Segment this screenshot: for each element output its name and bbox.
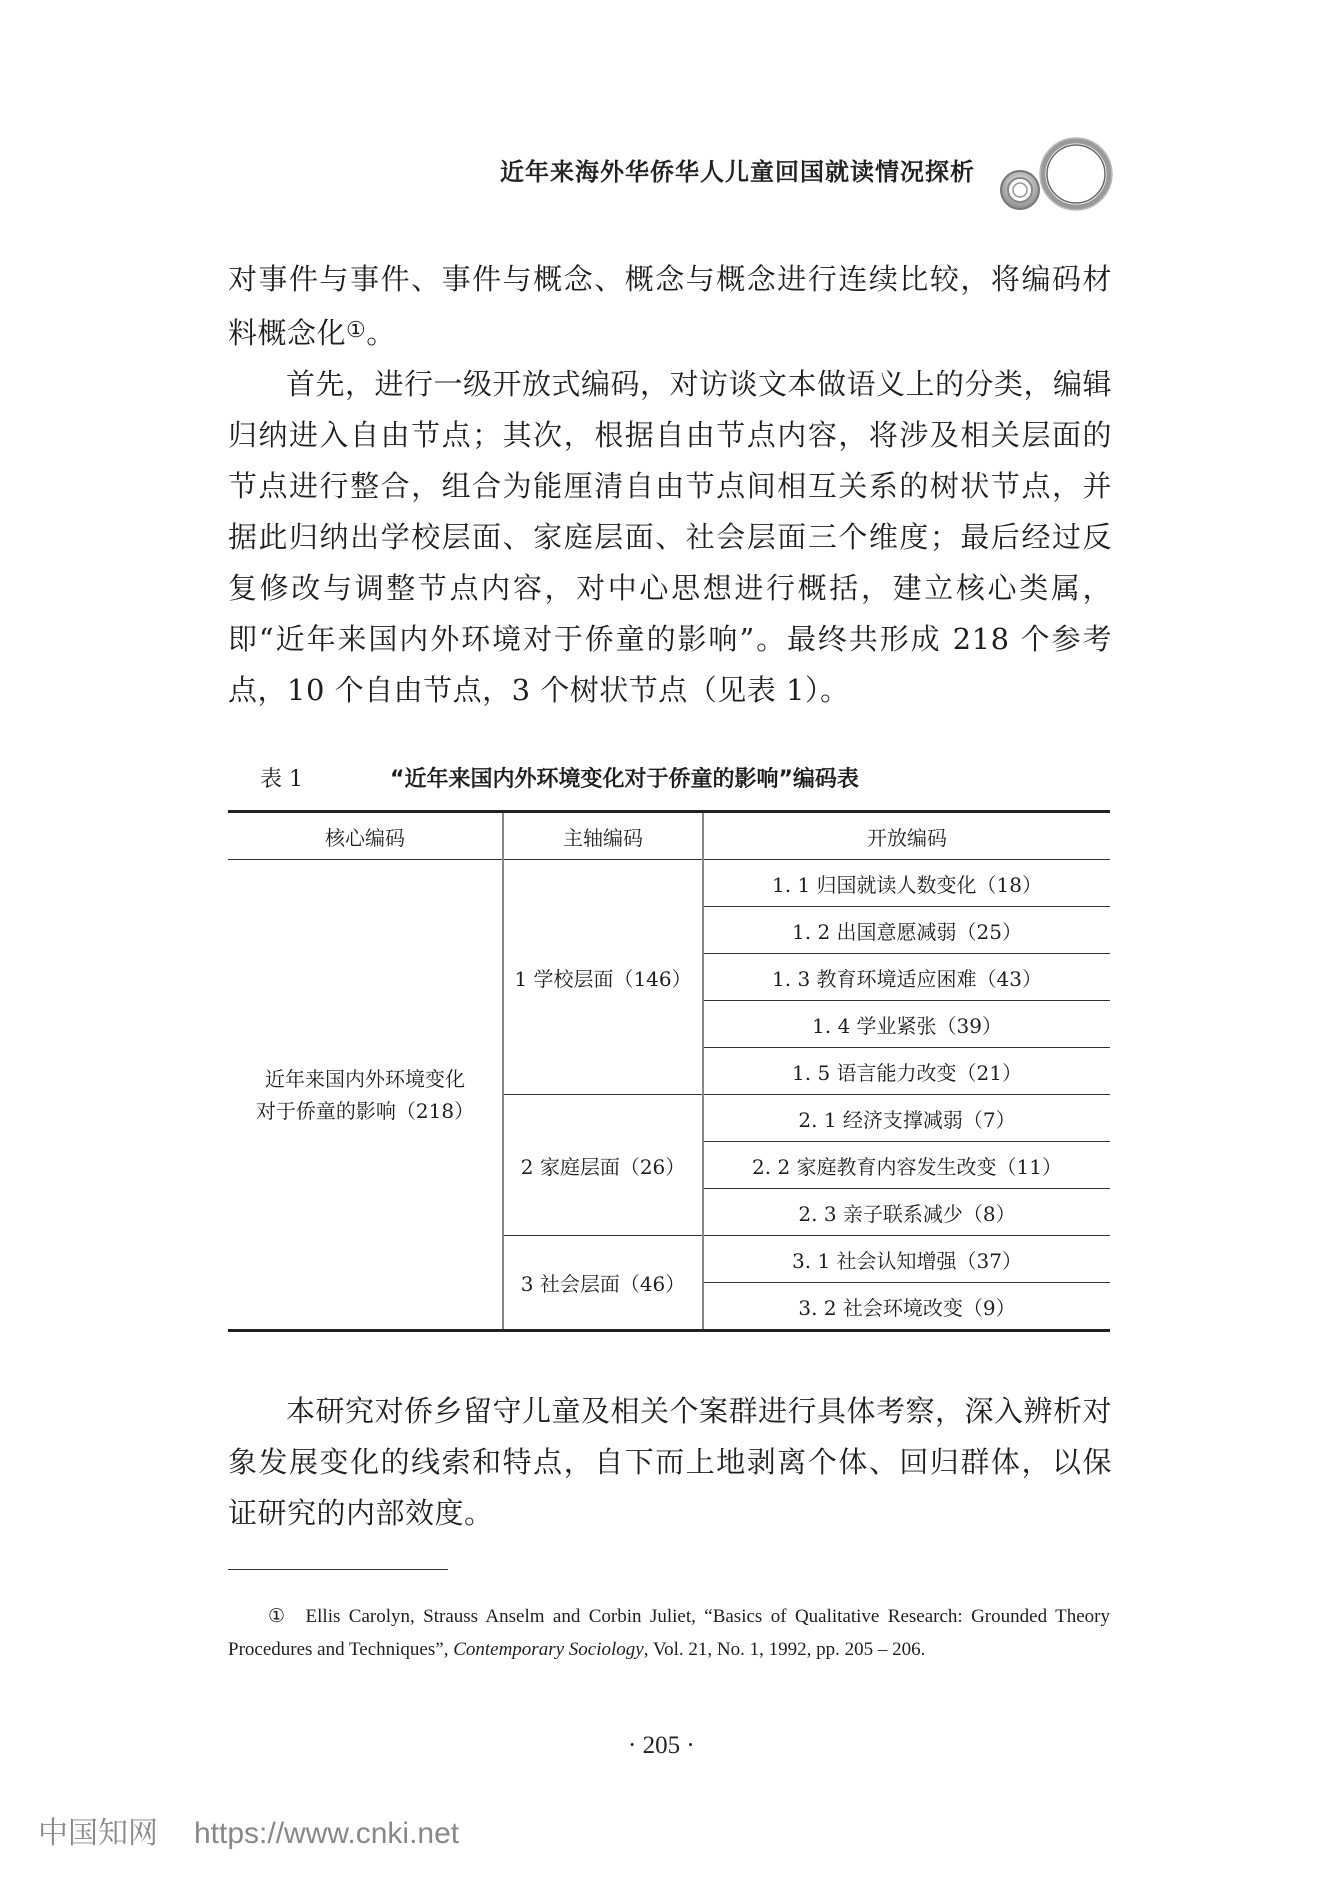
header-axis-code: 主轴编码: [503, 812, 703, 860]
header-open-code: 开放编码: [703, 812, 1110, 860]
watermark-url[interactable]: https://www.cnki.net: [194, 1817, 459, 1850]
double-ring-icon: [998, 136, 1118, 216]
header-core-code: 核心编码: [228, 812, 503, 860]
paragraph-3-block: 本研究对侨乡留守儿童及相关个案群进行具体考察，深入辨析对象发展变化的线索和特点，…: [228, 1386, 1112, 1539]
footnote-reference[interactable]: ①: [346, 318, 366, 343]
page-number: · 205 ·: [628, 1732, 695, 1760]
open-code-cell: 1. 4 学业紧张（39）: [703, 1001, 1110, 1048]
axis-code-school: 1 学校层面（146）: [503, 860, 703, 1095]
open-code-cell: 3. 2 社会环境改变（9）: [703, 1283, 1110, 1331]
watermark: 中国知网https://www.cnki.net: [38, 1808, 459, 1852]
footnote-divider: [228, 1569, 448, 1570]
footnote-text-end: , Vol. 21, No. 1, 1992, pp. 205 – 206.: [644, 1639, 926, 1660]
paragraph-2: 首先，进行一级开放式编码，对访谈文本做语义上的分类，编辑归纳进入自由节点；其次，…: [228, 359, 1112, 716]
footnote: ① Ellis Carolyn, Strauss Anselm and Corb…: [228, 1600, 1110, 1666]
open-code-cell: 3. 1 社会认知增强（37）: [703, 1236, 1110, 1283]
table-caption: 表 1“近年来国内外环境变化对于侨童的影响”编码表: [260, 762, 859, 793]
paragraph-continuation: 对事件与事件、事件与概念、概念与概念进行连续比较，将编码材料概念化①。 首先，进…: [228, 254, 1112, 716]
core-code-line-1: 近年来国内外环境变化: [228, 1063, 502, 1095]
axis-code-society: 3 社会层面（46）: [503, 1236, 703, 1331]
open-code-cell: 1. 2 出国意愿减弱（25）: [703, 907, 1110, 954]
coding-table: 核心编码 主轴编码 开放编码 近年来国内外环境变化 对于侨童的影响（218） 1…: [228, 810, 1110, 1332]
running-title: 近年来海外华侨华人儿童回国就读情况探析: [500, 152, 975, 187]
open-code-cell: 2. 1 经济支撑减弱（7）: [703, 1095, 1110, 1142]
watermark-brand: 中国知网: [38, 1816, 158, 1851]
table-label: 表 1: [260, 762, 390, 793]
open-code-cell: 1. 1 归国就读人数变化（18）: [703, 860, 1110, 907]
open-code-cell: 2. 2 家庭教育内容发生改变（11）: [703, 1142, 1110, 1189]
footnote-mark: ①: [268, 1606, 289, 1627]
paragraph-3: 本研究对侨乡留守儿童及相关个案群进行具体考察，深入辨析对象发展变化的线索和特点，…: [228, 1386, 1112, 1539]
core-code-line-2: 对于侨童的影响（218）: [228, 1095, 502, 1127]
core-code-cell: 近年来国内外环境变化 对于侨童的影响（218）: [228, 860, 503, 1331]
axis-code-family: 2 家庭层面（26）: [503, 1095, 703, 1236]
paragraph-1-end: 。: [366, 316, 396, 350]
open-code-cell: 1. 3 教育环境适应困难（43）: [703, 954, 1110, 1001]
table-title: “近年来国内外环境变化对于侨童的影响”编码表: [390, 767, 859, 792]
open-code-cell: 2. 3 亲子联系减少（8）: [703, 1189, 1110, 1236]
table-row: 近年来国内外环境变化 对于侨童的影响（218） 1 学校层面（146） 1. 1…: [228, 860, 1110, 907]
footnote-journal: Contemporary Sociology: [453, 1639, 644, 1660]
open-code-cell: 1. 5 语言能力改变（21）: [703, 1048, 1110, 1095]
table-header-row: 核心编码 主轴编码 开放编码: [228, 812, 1110, 860]
